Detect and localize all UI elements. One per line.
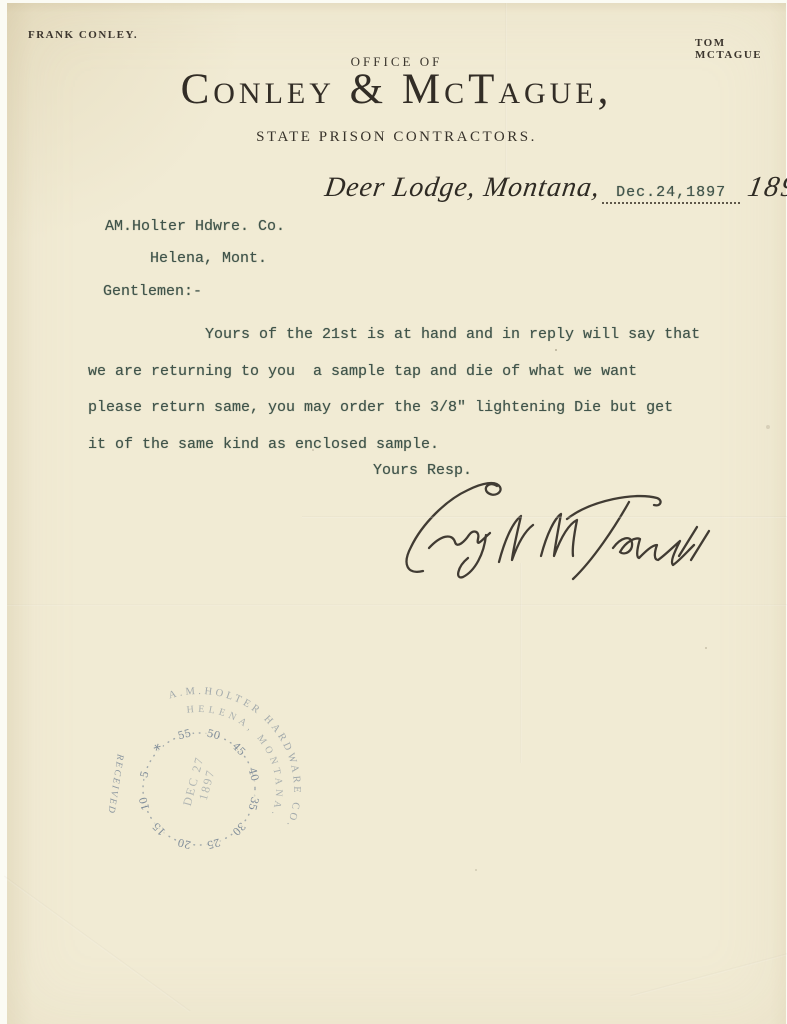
stamp-dial-mark: 35 <box>246 795 261 811</box>
place-script-text: Deer Lodge, Montana, <box>323 172 603 204</box>
date-line: Deer Lodge, Montana,Dec.24,1897189 <box>325 171 787 204</box>
date-fill-in-rule: Dec.24,1897 <box>602 183 740 204</box>
stamp-dial-mark: 40 <box>246 766 261 782</box>
typed-date: Dec.24,1897 <box>616 184 726 201</box>
paper-crease <box>630 941 787 997</box>
body-line: Yours of the 21st is at hand and in repl… <box>88 317 700 354</box>
stamp-date: DEC 271897 <box>180 754 220 811</box>
stamp-received-label: RECEIVED <box>105 752 125 815</box>
body-line: it of the same kind as enclosed sample. <box>88 427 700 464</box>
stamp-dial-mark: 50 <box>205 727 221 742</box>
signature <box>389 475 721 607</box>
stamp-dial-mark: 20 <box>176 836 192 851</box>
signature-strokes <box>407 483 709 579</box>
letter-paper: FRANK CONLEY. TOM MCTAGUE OFFICE OF Conl… <box>7 3 786 1024</box>
receipt-stamp: 510152025303540455055*A.M.HOLTER HARDWAR… <box>77 668 327 918</box>
salutation: Gentlemen:- <box>103 283 202 300</box>
stamp-dial-mark: 55 <box>176 727 192 742</box>
recipient-name: AM.Holter Hdwre. Co. <box>105 218 285 235</box>
scanned-letter-page: { "letterhead": { "name_left": "FRANK CO… <box>0 0 787 1024</box>
letterhead-company-name: Conley & McTague, <box>7 65 786 114</box>
stamp-dial-mark: 45 <box>230 740 248 758</box>
letter-body: Yours of the 21st is at hand and in repl… <box>88 317 700 463</box>
printed-year-prefix: 189 <box>745 171 787 204</box>
stamp-dial-mark: 25 <box>205 836 221 851</box>
stamp-dial-mark: 10 <box>137 795 152 811</box>
stamp-dial-mark: 5 <box>138 770 151 780</box>
letterhead-subtitle: STATE PRISON CONTRACTORS. <box>7 129 786 146</box>
stamp-dial-mark: 15 <box>150 820 168 838</box>
recipient-city: Helena, Mont. <box>150 250 267 267</box>
paper-speck <box>555 349 557 351</box>
letterhead-name-left: FRANK CONLEY. <box>28 29 138 41</box>
body-line: we are returning to you a sample tap and… <box>88 354 700 391</box>
body-line: please return same, you may order the 3/… <box>88 390 700 427</box>
